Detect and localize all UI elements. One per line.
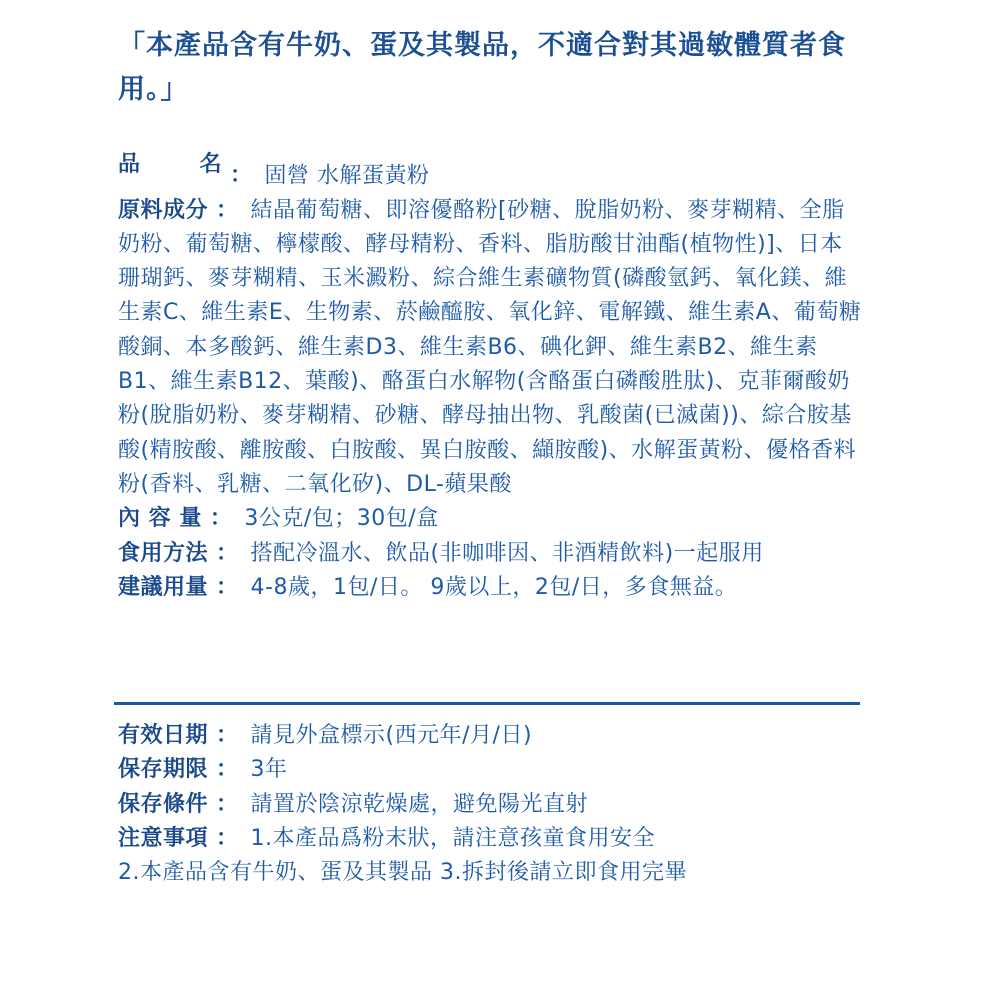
dosage-row: 建議用量：4-8歲，1包/日。 9歲以上，2包/日，多食無益。: [118, 571, 863, 605]
notes-row: 注意事項：1.本產品爲粉末狀，請注意孩童食用安全: [118, 822, 863, 856]
section-divider: [114, 702, 860, 705]
colon: ：: [216, 723, 239, 748]
product-info-section: 品名：固營 水解蛋黃粉 原料成分：結晶葡萄糖、即溶優酪粉[砂糖、脫脂奶粉、麥芽糊…: [118, 148, 863, 605]
content-row: 內 容 量：3公克/包；30包/盒: [118, 502, 863, 536]
colon: ：: [216, 198, 239, 223]
product-name-row: 品名：固營 水解蛋黃粉: [118, 148, 863, 194]
product-name-label: 品名: [118, 148, 222, 182]
storage-conditions-value: 請置於陰涼乾燥處，避免陽光直射: [251, 792, 589, 817]
shelf-life-label: 保存期限: [118, 757, 208, 782]
ingredients-row: 原料成分：結晶葡萄糖、即溶優酪粉[砂糖、脫脂奶粉、麥芽糊精、全脂奶粉、葡萄糖、檸…: [118, 194, 863, 503]
allergen-warning: 「本產品含有牛奶、蛋及其製品，不適合對其過敏體質者食用。」: [118, 24, 878, 112]
content-value: 3公克/包；30包/盒: [244, 506, 438, 531]
content-label: 內 容 量: [118, 506, 202, 531]
storage-info-section: 有效日期：請見外盒標示(西元年/月/日) 保存期限：3年 保存條件：請置於陰涼乾…: [118, 719, 863, 890]
colon: ：: [216, 541, 239, 566]
usage-row: 食用方法：搭配冷溫水、飲品(非咖啡因、非酒精飲料)一起服用: [118, 537, 863, 571]
usage-value: 搭配冷溫水、飲品(非咖啡因、非酒精飲料)一起服用: [251, 541, 764, 566]
storage-conditions-row: 保存條件：請置於陰涼乾燥處，避免陽光直射: [118, 788, 863, 822]
dosage-label: 建議用量: [118, 575, 208, 600]
usage-label: 食用方法: [118, 541, 208, 566]
notes-value: 1.本產品爲粉末狀，請注意孩童食用安全: [251, 826, 656, 851]
colon: ：: [216, 575, 239, 600]
expiry-value: 請見外盒標示(西元年/月/日): [251, 723, 533, 748]
dosage-value: 4-8歲，1包/日。 9歲以上，2包/日，多食無益。: [251, 575, 738, 600]
product-name-value: 固營 水解蛋黃粉: [265, 163, 430, 188]
storage-conditions-label: 保存條件: [118, 792, 208, 817]
notes-label: 注意事項: [118, 826, 208, 851]
colon: ：: [216, 792, 239, 817]
ingredients-label: 原料成分: [118, 198, 208, 223]
expiry-label: 有效日期: [118, 723, 208, 748]
colon: ：: [210, 506, 233, 531]
notes-continuation: 2.本產品含有牛奶、蛋及其製品 3.拆封後請立即食用完畢: [118, 856, 863, 890]
colon: ：: [216, 826, 239, 851]
ingredients-value: 結晶葡萄糖、即溶優酪粉[砂糖、脫脂奶粉、麥芽糊精、全脂奶粉、葡萄糖、檸檬酸、酵母…: [118, 198, 861, 497]
expiry-row: 有效日期：請見外盒標示(西元年/月/日): [118, 719, 863, 753]
shelf-life-row: 保存期限：3年: [118, 753, 863, 787]
colon: ：: [230, 163, 253, 188]
colon: ：: [216, 757, 239, 782]
shelf-life-value: 3年: [251, 757, 288, 782]
